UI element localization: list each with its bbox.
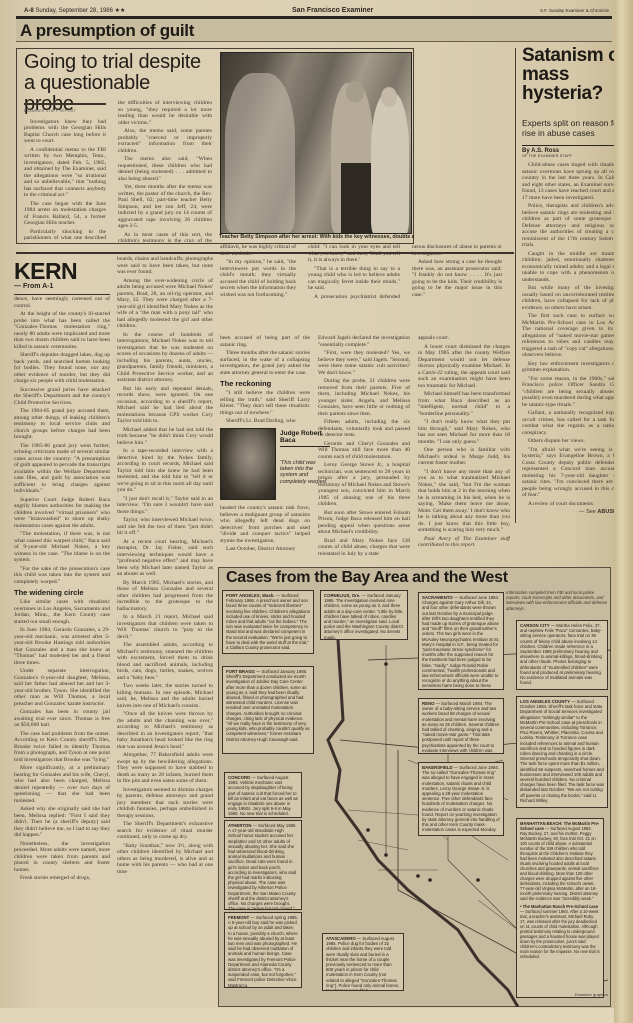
case-fremont: FREMONT — Surfaced spring 1985. A 5-year… xyxy=(224,912,302,988)
case-los-angeles-county: LOS ANGELES COUNTY — Surfaced October 19… xyxy=(516,696,608,808)
subhead-reckoning: The reckoning xyxy=(220,379,310,388)
column-rule xyxy=(515,48,516,523)
case-fort-bragg: FORT BRAGG — Surfaced January 1985. Sher… xyxy=(222,666,314,754)
kern-col-2: boards, chains and handcuffs; photograph… xyxy=(117,256,213,1004)
case-bakersfield: BAKERSFIELD — Surfaced June 1984. The so… xyxy=(418,762,504,836)
kern-rule xyxy=(14,294,110,295)
section-title: A presumption of guilt xyxy=(16,19,612,41)
kern-top-rule xyxy=(16,252,514,254)
subhead-widening-circle: The widening circle xyxy=(14,588,110,597)
kern-col-5: appeals court. A lower court dismissed t… xyxy=(418,335,510,557)
kern-col-1: dence, have seemingly careened out of co… xyxy=(14,296,110,1004)
case-sacramento: SACRAMENTO — Surfaced June 1984. Charges… xyxy=(418,592,504,690)
trial-byline: EXAMINER STAFF REPORT xyxy=(24,108,106,115)
edition-stars-icon: ★★ xyxy=(115,8,126,14)
page-bottom-margin xyxy=(0,1008,633,1023)
kern-jump-from: — From A-1 xyxy=(14,283,53,290)
betty-simpson-photo: Associated Press xyxy=(220,52,412,234)
case-port-angeles: PORT ANGELES, Wash. — Surfaced February … xyxy=(222,590,314,654)
paper-name: San Francisco Examiner xyxy=(292,7,373,14)
newspaper-page: A-8 Sunday, September 28, 1986 ★★ San Fr… xyxy=(0,0,633,1023)
trial-col-1: EXAMINER STAFF REPORT Investigators knew… xyxy=(24,108,106,242)
case-reno: RENO — Surfaced March 1984. The owner of… xyxy=(418,698,504,754)
info-note: Information compiled from FBI and local … xyxy=(506,590,608,611)
graphics-credit: Examiner graphics xyxy=(575,992,608,997)
trial-col-2: the difficulties of interviewing childre… xyxy=(118,100,212,242)
case-concord: CONCORD — Surfaced August 1983. Vehicle … xyxy=(224,772,302,818)
judge-baca-photo xyxy=(220,428,276,500)
cases-title: Cases from the Bay Area and the West xyxy=(226,569,508,587)
kern-col-4: Edward Jagels declared the investigation… xyxy=(318,335,410,557)
kern-col-3c: headed the county's satanic task force, … xyxy=(220,505,310,557)
page-date: A-8 Sunday, September 28, 1986 ★★ xyxy=(24,7,125,14)
page-fold-edge xyxy=(614,0,633,1023)
kern-headline: KERN xyxy=(14,258,77,285)
photo-caption: Teacher Betty Simpson after her arrest: … xyxy=(219,234,414,240)
jump-link-abuse[interactable]: — See ABUSE, A-9 xyxy=(522,509,628,516)
case-manhattan-beach: MANHATTAN BEACH: The McMartin Pre-School… xyxy=(516,818,604,998)
case-atherton: ATHERTON — Surfaced May 1985. A 17-year-… xyxy=(224,820,302,910)
headline-rule xyxy=(24,103,106,105)
judge-sidebar: Judge Robert Baca 'This child was taken … xyxy=(220,428,330,500)
case-cornelius: CORNELIUS, Ore. — Surfaced January 1986.… xyxy=(320,590,408,640)
kern-col-3: been accused of being part of the satani… xyxy=(220,335,310,428)
section-header: A presumption of guilt xyxy=(16,19,612,42)
masthead: A-8 Sunday, September 28, 1986 ★★ San Fr… xyxy=(24,4,609,16)
case-atascadero: ATASCADERO — Surfaced August 1985. Polic… xyxy=(322,933,404,991)
contributor-note: Paul Avery of The Examiner staff contrib… xyxy=(418,536,510,549)
satanism-body: Child-abuse cases tinged with ritualisti… xyxy=(522,162,628,558)
masthead-right-label: S.F. Sunday Examiner & Chronicle xyxy=(540,8,609,13)
case-carson-city: CARSON CITY — Martha Helen Felix, 37, an… xyxy=(516,620,608,690)
